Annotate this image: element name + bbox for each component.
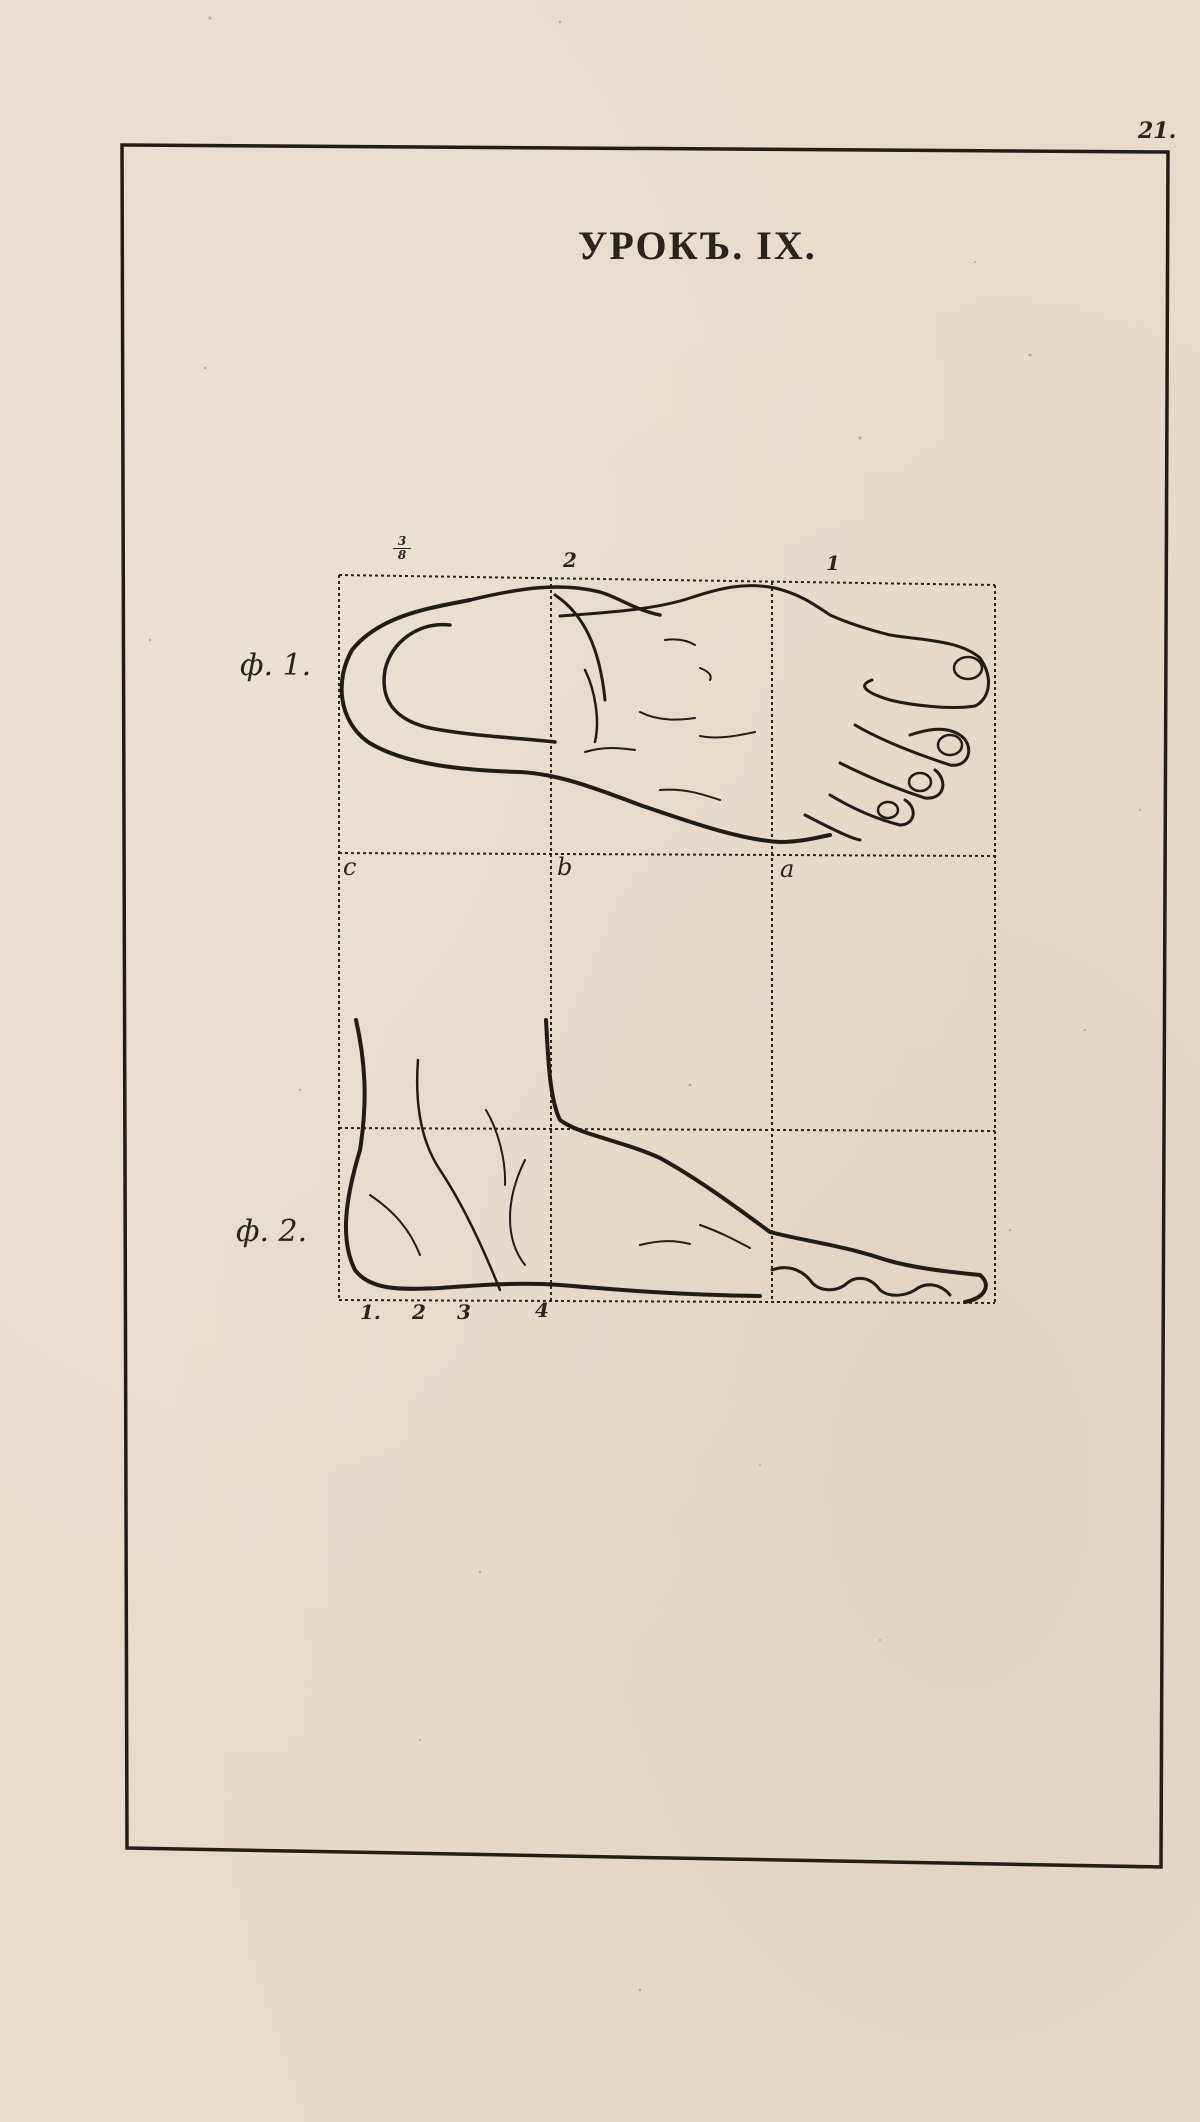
grid-fraction-label: 3 8	[391, 536, 413, 561]
grid-point-a: a	[780, 855, 794, 883]
plate-frame	[122, 145, 1168, 1867]
foot-side-view-drawing	[346, 1020, 986, 1302]
engraving-plate	[0, 0, 1200, 2122]
grid-point-c: c	[343, 853, 356, 881]
grid-bottom-label-1: 1.	[360, 1300, 381, 1324]
book-page: 21. УРОКЪ. IX. ф. 1. ф. 2. 3 8 2 1 c b a…	[0, 0, 1200, 2122]
figure-2-label: ф. 2.	[236, 1214, 307, 1249]
grid-bottom-label-3: 3	[457, 1300, 471, 1324]
lesson-title: УРОКЪ. IX.	[578, 222, 817, 269]
grid-bottom-label-2: 2	[412, 1300, 426, 1324]
grid-bottom-label-4: 4	[535, 1298, 549, 1322]
figure-1-label: ф. 1.	[240, 648, 311, 683]
proportion-grid	[339, 575, 995, 1303]
grid-column-label-2: 2	[563, 548, 577, 572]
paper-specks	[149, 17, 1141, 1992]
page-number: 21.	[1138, 118, 1176, 144]
fraction-denominator: 8	[398, 548, 406, 562]
grid-column-label-1: 1	[826, 551, 840, 575]
grid-point-b: b	[557, 853, 572, 881]
fraction-numerator: 3	[398, 534, 406, 548]
foot-top-view-drawing	[342, 586, 989, 842]
